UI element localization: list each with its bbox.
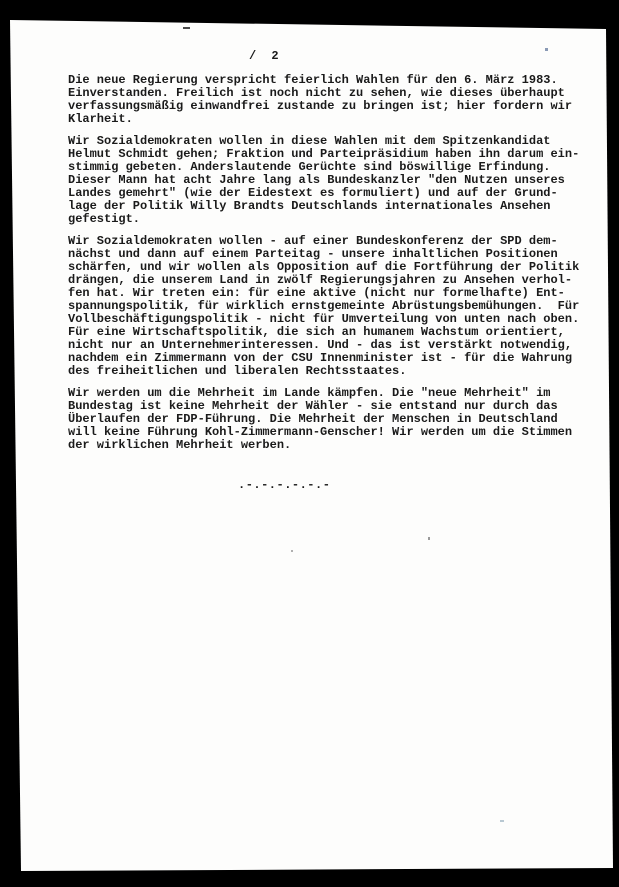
paragraph: Wir Sozialdemokraten wollen in diese Wah… <box>68 135 579 226</box>
paragraph: Wir Sozialdemokraten wollen - auf einer … <box>68 235 579 378</box>
scan-speck <box>428 537 430 540</box>
scan-speck <box>183 27 190 29</box>
end-separator: .-.-.-.-.-.- <box>238 478 330 492</box>
scan-speck <box>291 550 293 552</box>
body-text: Die neue Regierung verspricht feierlich … <box>68 74 579 461</box>
scan-background: { "page": { "number_label": "/ 2", "para… <box>0 0 619 887</box>
paragraph: Die neue Regierung verspricht feierlich … <box>68 74 579 126</box>
paragraph: Wir werden um die Mehrheit im Lande kämp… <box>68 387 579 452</box>
scan-speck <box>500 820 504 822</box>
scan-speck <box>545 48 548 51</box>
page-number: / 2 <box>249 49 283 63</box>
